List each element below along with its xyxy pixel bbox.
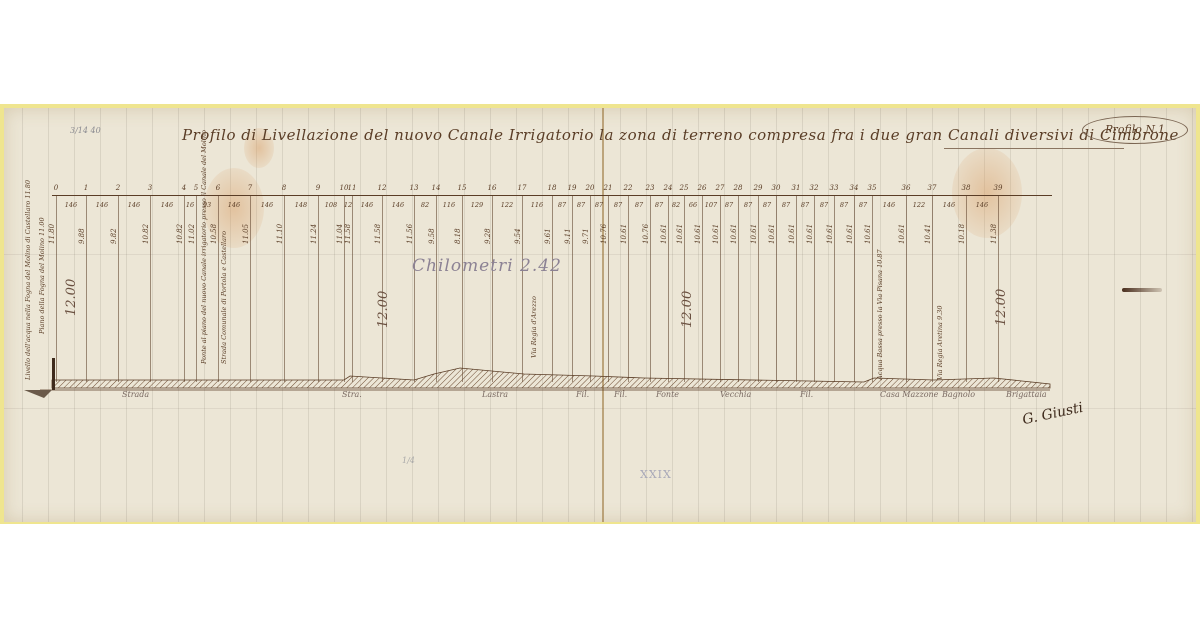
ground-profile [4, 108, 1196, 522]
manuscript-sheet: 3/14 40 Profilo di Livellazione del nuov… [4, 108, 1196, 522]
pencil-mark: XXIX [640, 468, 672, 481]
place-name: Fil. [614, 390, 627, 399]
place-name: Stra. [342, 390, 362, 399]
place-name: Lastra [482, 390, 508, 399]
place-name: Fil. [800, 390, 813, 399]
place-name: Strada [122, 390, 149, 399]
place-name: Fil. [576, 390, 589, 399]
place-name: Brigattaia [1006, 390, 1047, 399]
place-name: Fonte [656, 390, 679, 399]
place-name: Vecchia [720, 390, 751, 399]
place-name: Casa Mazzone [880, 390, 938, 399]
ink-blot [1122, 288, 1162, 292]
scan-frame: 3/14 40 Profilo di Livellazione del nuov… [0, 104, 1200, 524]
place-name: Bagnolo [942, 390, 975, 399]
pencil-note: 1/4 [402, 456, 415, 465]
